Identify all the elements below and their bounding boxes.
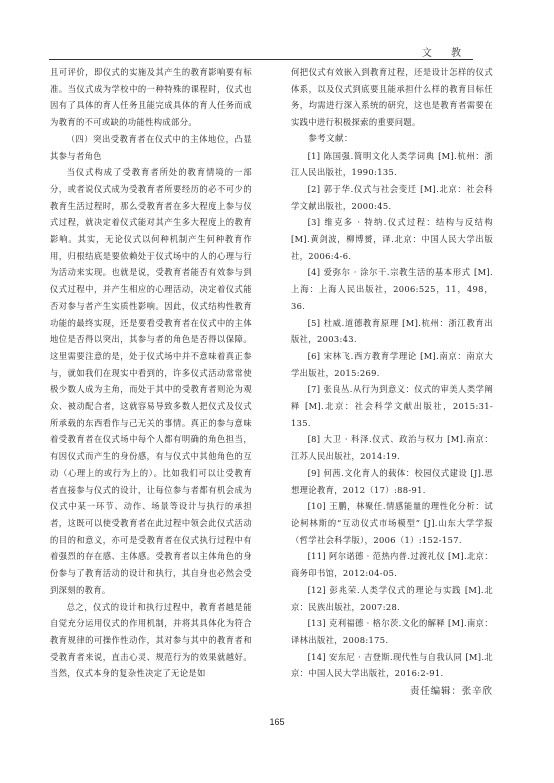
reference-item: [6] 宋林飞.西方教育学理论 [M].南京：南京大学出版社，2015:269. — [291, 348, 493, 381]
left-column: 且可评价，即仪式的实施及其产生的教育影响要有标准。当仪式成为学校中的一种特殊的课… — [50, 64, 252, 682]
paragraph-conclusion: 总之，仪式的设计和执行过程中，教育者越是能自觉充分运用仪式的作用机制，并将其具体… — [50, 599, 252, 683]
reference-item: [4] 爱弥尔 · 涂尔干.宗教生活的基本形式 [M].上海：上海人民出版社，2… — [291, 264, 493, 314]
reference-item: [3] 维克多 · 特纳.仪式过程：结构与反结构 [M].黄剑波，柳博赟，译.北… — [291, 214, 493, 264]
reference-item: [1] 陈国强.简明文化人类学词典 [M].杭州：浙江人民出版社，1990:13… — [291, 148, 493, 181]
reference-item: [7] 张良丛.从行为到意义：仪式的审美人类学阐释 [M].北京：社会科学文献出… — [291, 381, 493, 431]
reference-item: [10] 王鹏，林聚任.情感能量的理性化分析：试论柯林斯的“互动仪式市场模型” … — [291, 498, 493, 548]
journal-section-title: 文 教 — [422, 44, 469, 59]
reference-item: [14] 安东尼 · 吉登斯.现代性与自我认同 [M].北京：中国人民大学出版社… — [291, 649, 493, 682]
reference-item: [12] 彭兆荣.人类学仪式的理论与实践 [M].北京：民族出版社，2007:2… — [291, 582, 493, 615]
reference-list: [1] 陈国强.简明文化人类学词典 [M].杭州：浙江人民出版社，1990:13… — [291, 148, 493, 683]
paragraph-continuation: 且可评价，即仪式的实施及其产生的教育影响要有标准。当仪式成为学校中的一种特殊的课… — [50, 64, 252, 131]
page-number: 165 — [0, 717, 554, 727]
running-header: 文 教 — [49, 44, 473, 60]
header-divider — [49, 59, 473, 60]
reference-item: [11] 阿尔诺德 · 范热内普.过渡礼仪 [M].北京：商务印书馆，2012:… — [291, 548, 493, 581]
references-heading: 参考文献： — [291, 131, 493, 148]
reference-item: [9] 何茜.文化育人的载体：校园仪式建设 [J].思想理论教育，2012（17… — [291, 465, 493, 498]
paragraph: 当仪式构成了受教育者所处的教育情境的一部分，或者说仪式成为受教育者所要经历的必不… — [50, 164, 252, 598]
right-column: 何把仪式有效嵌入到教育过程，还是设计怎样的仪式体系，以及仪式到底要且能承担什么样… — [291, 64, 493, 701]
paragraph-continuation: 何把仪式有效嵌入到教育过程，还是设计怎样的仪式体系，以及仪式到底要且能承担什么样… — [291, 64, 493, 131]
reference-item: [8] 大卫 · 科泽.仪式、政治与权力 [M].南京：江苏人民出版社，2014… — [291, 431, 493, 464]
reference-item: [13] 克利福德 · 格尔茨.文化的解释 [M].南京：译林出版社，2008:… — [291, 615, 493, 648]
reference-item: [2] 郭于华.仪式与社会变迁 [M].北京：社会科学文献出版社，2000:45… — [291, 181, 493, 214]
section-heading: （四）突出受教育者在仪式中的主体地位，凸显其参与者角色 — [50, 131, 252, 164]
responsible-editor: 责任编辑：张辛欣 — [291, 684, 493, 701]
reference-item: [5] 杜威.道德教育原理 [M].杭州：浙江教育出版社，2003:43. — [291, 315, 493, 348]
